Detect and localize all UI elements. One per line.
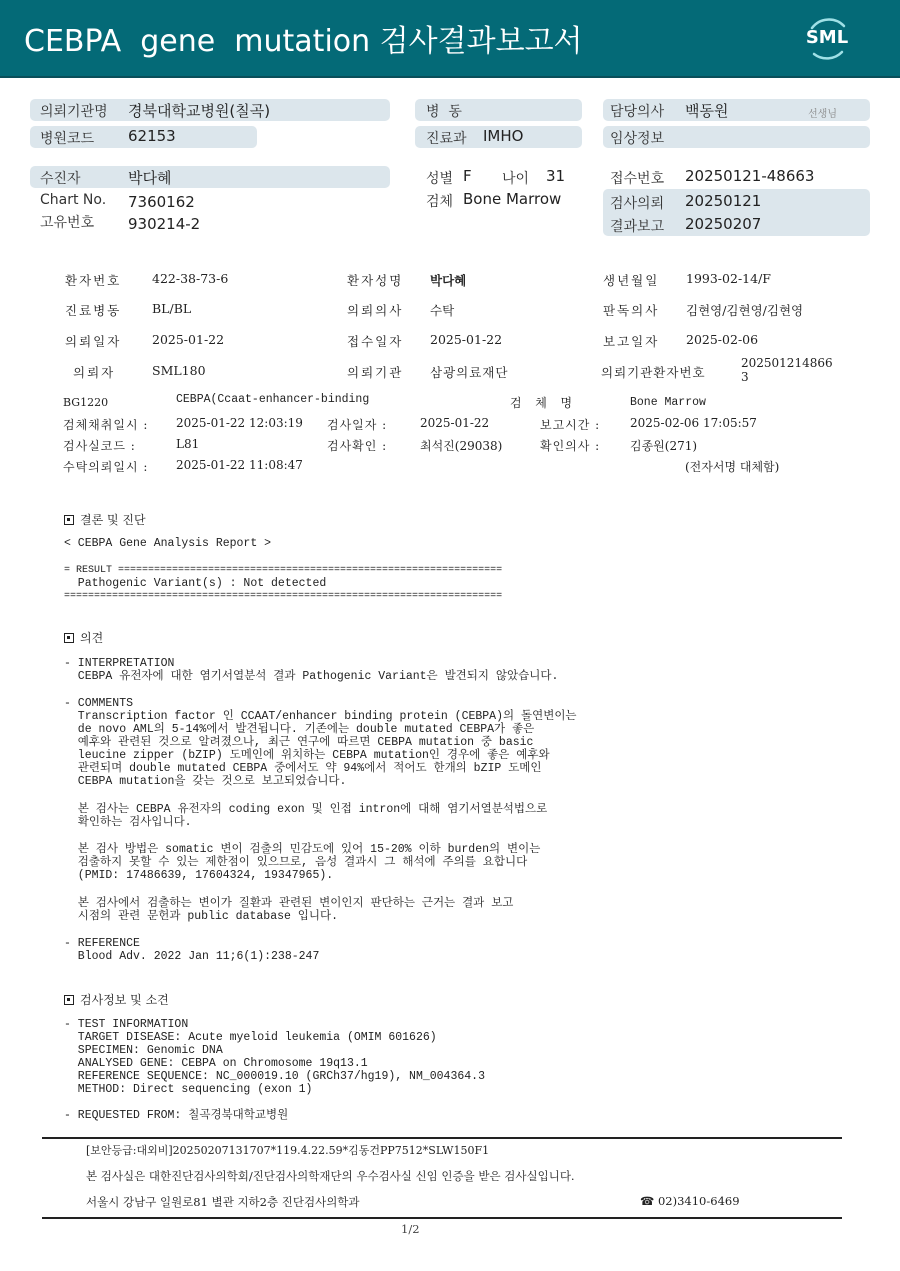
doctor-suffix: 선생님 [808, 105, 837, 120]
comments-line-5: 관련되며 double mutated CEBPA 중에서도 약 94%에서 적… [64, 762, 542, 775]
requester-value: SML180 [152, 363, 206, 378]
testinfo-heading: 검사정보 및 소견 [64, 991, 169, 1008]
receipt-date-value: 2025-01-22 [430, 332, 502, 347]
report-date-label-2: 보고일자 [603, 332, 659, 350]
specimen-name-value: Bone Marrow [630, 396, 706, 409]
ward-label: 병 동 [426, 101, 462, 121]
sml-logo: SML [800, 12, 854, 66]
age-value: 31 [546, 167, 565, 185]
footer-divider-top [42, 1137, 842, 1139]
conclusion-title: 결론 및 진단 [80, 513, 146, 527]
institution-label: 의뢰기관명 [40, 101, 108, 121]
section-bullet-icon [64, 515, 74, 525]
unique-no-value: 930214-2 [128, 215, 200, 233]
unique-no-label: 고유번호 [40, 212, 94, 232]
testinfo-line-3: SPECIMEN: Genomic DNA [64, 1044, 223, 1057]
birthdate-value: 1993-02-14/F [686, 271, 771, 286]
interpretation-heading: - INTERPRETATION [64, 657, 174, 670]
testinfo-line-2: TARGET DISEASE: Acute myeloid leukemia (… [64, 1031, 437, 1044]
hospital-code-value: 62153 [128, 127, 176, 145]
institution-patient-no-value-wrap: 3 [741, 370, 749, 384]
receipt-date-label: 접수일자 [347, 332, 403, 350]
referring-doctor-value: 수탁 [430, 301, 454, 319]
testinfo-title: 검사정보 및 소견 [80, 993, 169, 1007]
patient-row-bg [30, 166, 390, 188]
reference-text: Blood Adv. 2022 Jan 11;6(1):238-247 [64, 950, 319, 963]
security-line: [보안등급:대외비]20250207131707*119.4.22.59*김동건… [86, 1142, 489, 1158]
receipt-no-value: 20250121-48663 [685, 167, 814, 185]
report-date-label: 결과보고 [610, 216, 664, 236]
hospital-code-label: 병원코드 [40, 128, 94, 148]
specimen-name-label: 검 체 명 [510, 394, 574, 411]
test-confirm-label: 검사확인 : [327, 437, 387, 454]
department-value: IMHO [483, 127, 523, 145]
request-date-value: 20250121 [685, 192, 761, 210]
result-value: Pathogenic Variant(s) : Not detected [64, 577, 326, 590]
opinion-heading: 의견 [64, 629, 103, 646]
limit-line-2: 검출하지 못할 수 있는 제한점이 있으므로, 음성 결과시 그 해석에 주의를… [64, 856, 527, 869]
method-line-1: 본 검사는 CEBPA 유전자의 coding exon 및 인접 intron… [64, 803, 547, 816]
interpretation-text: CEBPA 유전자에 대한 염기서열분석 결과 Pathogenic Varia… [64, 670, 558, 683]
collect-time-label: 검체채취일시 : [63, 416, 148, 433]
testinfo-line-5: REFERENCE SEQUENCE: NC_000019.10 (GRCh37… [64, 1070, 485, 1083]
requester-label: 의뢰자 [73, 363, 115, 381]
footer-divider-bottom [42, 1217, 842, 1219]
result-border-top: = RESULT ===============================… [64, 565, 502, 576]
institution-value: 경북대학교병원(칠곡) [128, 100, 270, 121]
basis-line-2: 시점의 관련 문헌과 public database 입니다. [64, 910, 338, 923]
patient-no-value: 422-38-73-6 [152, 271, 228, 286]
reading-doctor-label: 판독의사 [603, 301, 659, 319]
opinion-title: 의견 [80, 631, 103, 645]
clinical-info-label: 임상정보 [610, 128, 664, 148]
section-bullet-icon [64, 633, 74, 643]
consign-time-value: 2025-01-22 11:08:47 [176, 458, 303, 472]
doctor-value: 백동원 [685, 100, 728, 121]
limit-line-1: 본 검사 방법은 somatic 변이 검출의 민감도에 있어 15-20% 이… [64, 843, 540, 856]
report-date-value-2: 2025-02-06 [686, 332, 758, 347]
ward-code-value: BL/BL [152, 301, 191, 316]
request-date-value-2: 2025-01-22 [152, 332, 224, 347]
specimen-value: Bone Marrow [463, 190, 561, 208]
ward-code-label: 진료병동 [65, 301, 121, 319]
esign-note: (전자서명 대체함) [685, 458, 779, 475]
patient-label: 수진자 [40, 168, 81, 188]
request-date-label-2: 의뢰일자 [65, 332, 121, 350]
comments-line-1: Transcription factor 인 CCAAT/enhancer bi… [64, 710, 577, 723]
comments-line-6: CEBPA mutation을 갖는 것으로 보고되었습니다. [64, 775, 346, 788]
phone-number: ☎ 02)3410-6469 [640, 1194, 740, 1208]
test-date-value: 2025-01-22 [420, 416, 489, 430]
confirm-doctor-label: 확인의사 : [540, 437, 600, 454]
requested-from: - REQUESTED FROM: 칠곡경북대학교병원 [64, 1109, 288, 1122]
lab-code-value: L81 [176, 437, 199, 451]
reference-heading: - REFERENCE [64, 937, 140, 950]
comments-heading: - COMMENTS [64, 697, 133, 710]
requesting-institution-value: 삼광의료재단 [430, 363, 508, 381]
referring-doctor-label: 의뢰의사 [347, 301, 403, 319]
sex-label: 성별 [426, 168, 453, 188]
limit-line-3: (PMID: 17486639, 17604324, 19347965). [64, 869, 333, 882]
patient-no-label: 환자번호 [65, 271, 121, 289]
method-line-2: 확인하는 검사입니다. [64, 816, 192, 829]
department-label: 진료과 [426, 128, 467, 148]
confirm-doctor-value: 김종원(271) [630, 437, 697, 454]
logo-text: SML [800, 27, 854, 48]
page-number: 1/2 [401, 1222, 420, 1236]
institution-patient-no-label: 의뢰기관환자번호 [601, 363, 706, 381]
comments-line-4: leucine zipper (bZIP) 도메인에 위치하는 CEBPA mu… [64, 749, 550, 762]
testinfo-line-6: METHOD: Direct sequencing (exon 1) [64, 1083, 312, 1096]
certification-line: 본 검사실은 대한진단검사의학회/진단검사의학재단의 우수검사실 신임 인증을 … [86, 1168, 575, 1184]
sex-value: F [463, 167, 472, 185]
test-confirm-value: 최석진(29038) [420, 437, 502, 454]
collect-time-value: 2025-01-22 12:03:19 [176, 416, 303, 430]
birthdate-label: 생년월일 [603, 271, 659, 289]
comments-line-2: de novo AML의 5-14%에서 발견됩니다. 기존에는 double … [64, 723, 534, 736]
conclusion-heading: 결론 및 진단 [64, 511, 146, 528]
testinfo-line-4: ANALYSED GENE: CEBPA on Chromosome 19q13… [64, 1057, 368, 1070]
age-label: 나이 [502, 168, 529, 188]
testinfo-line-1: - TEST INFORMATION [64, 1018, 188, 1031]
test-date-label: 검사일자 : [327, 416, 387, 433]
basis-line-1: 본 검사에서 검출하는 변이가 질환과 관련된 변이인지 판단하는 근거는 결과… [64, 897, 513, 910]
report-date-value: 20250207 [685, 215, 761, 233]
test-code: BG1220 [63, 396, 108, 409]
lab-code-label: 검사실코드 : [63, 437, 136, 454]
comments-line-3: 예후와 관련된 것으로 알려졌으나, 최근 연구에 따르면 CEBPA muta… [64, 736, 533, 749]
chart-no-value: 7360162 [128, 193, 195, 211]
chart-no-label: Chart No. [40, 192, 106, 208]
requesting-institution-label: 의뢰기관 [347, 363, 403, 381]
report-time-value: 2025-02-06 17:05:57 [630, 416, 757, 430]
request-date-label: 검사의뢰 [610, 193, 664, 213]
result-border-bottom: ========================================… [64, 591, 502, 602]
specimen-label: 검체 [426, 191, 453, 211]
report-title-line: < CEBPA Gene Analysis Report > [64, 537, 271, 550]
consign-time-label: 수탁의뢰일시 : [63, 458, 148, 475]
report-title: CEBPA gene mutation 검사결과보고서 [24, 16, 583, 60]
report-header-banner: CEBPA gene mutation 검사결과보고서 SML [0, 0, 900, 78]
patient-name-label: 환자성명 [347, 271, 403, 289]
receipt-no-label: 접수번호 [610, 168, 664, 188]
institution-patient-no-value: 202501214866 [741, 356, 833, 370]
section-bullet-icon [64, 995, 74, 1005]
address-line: 서울시 강남구 일원로81 별관 지하2층 진단검사의학과 [86, 1194, 360, 1210]
test-name: CEBPA(Ccaat-enhancer-binding [176, 393, 369, 406]
patient-value: 박다혜 [128, 167, 171, 188]
doctor-label: 담당의사 [610, 101, 664, 121]
reading-doctor-value: 김현영/김현영/김현영 [686, 301, 803, 319]
patient-name-value: 박다혜 [430, 271, 466, 289]
report-time-label: 보고시간 : [540, 416, 600, 433]
